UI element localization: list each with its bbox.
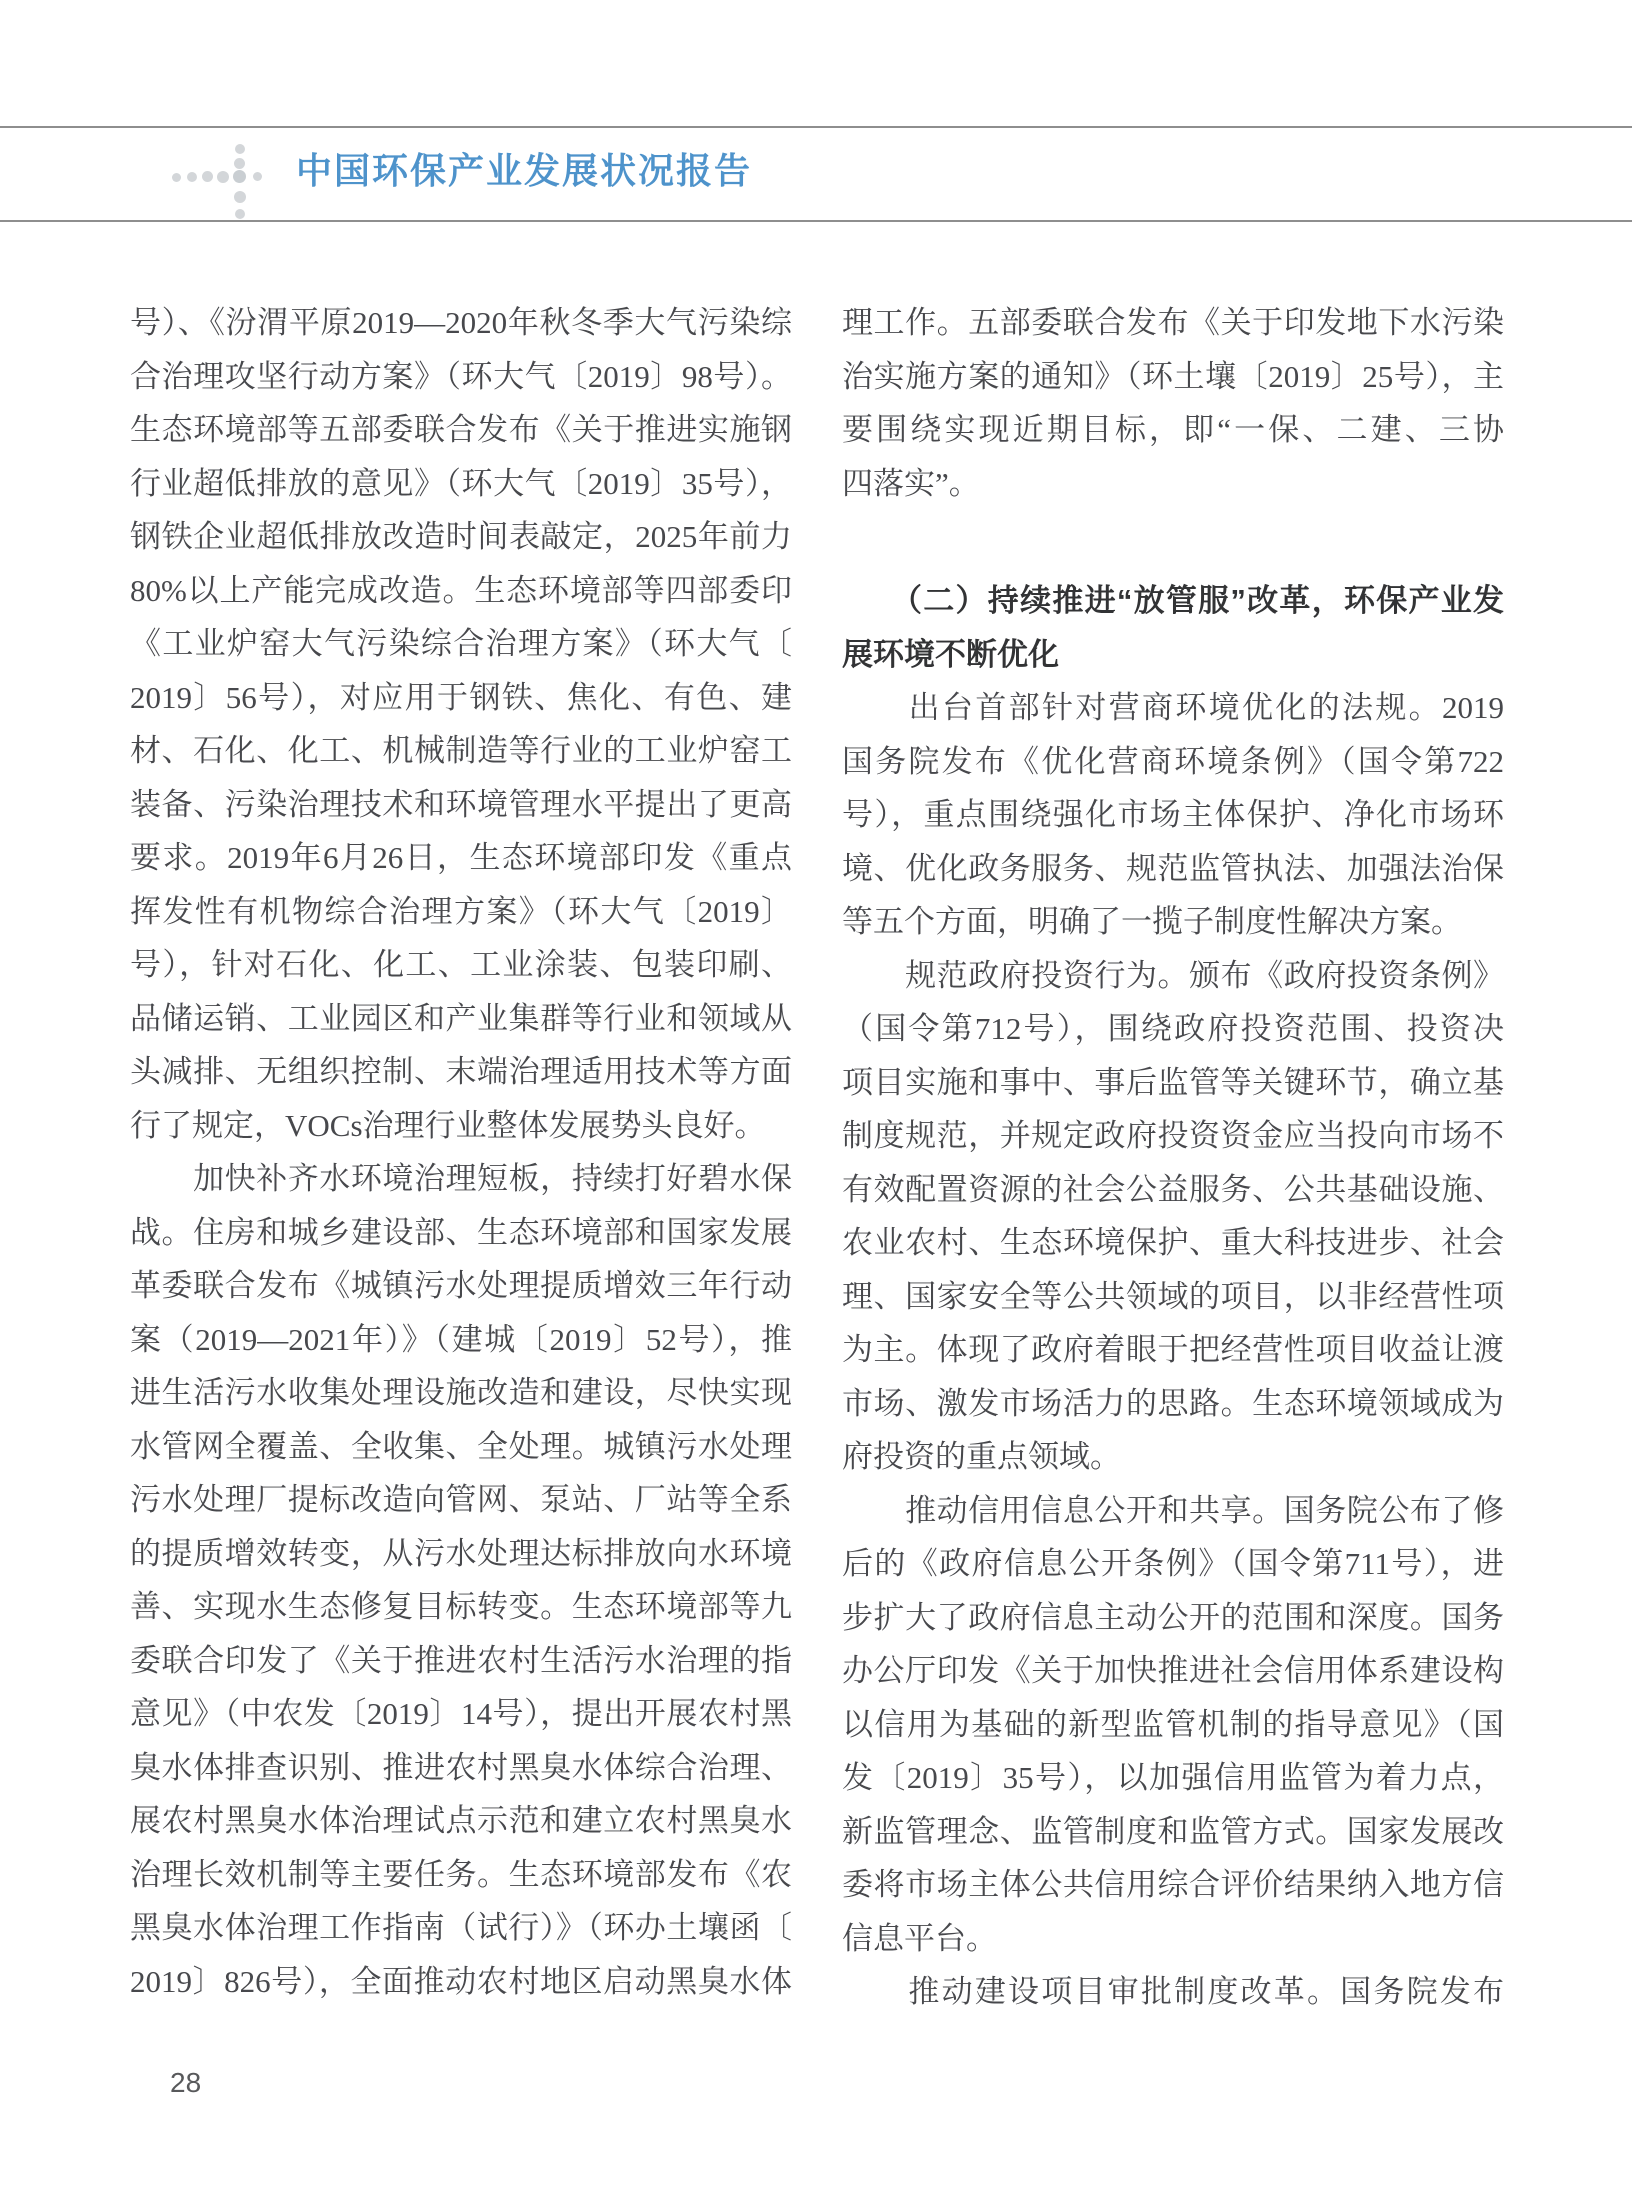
text-line: 治实施方案的通知》（环土壤〔2019〕25号），主 <box>842 350 1504 404</box>
text-line: 材、石化、化工、机械制造等行业的工业炉窑工艺 <box>130 724 792 778</box>
text-line: 委将市场主体公共信用综合评价结果纳入地方信用 <box>842 1858 1504 1912</box>
text-line: 为主。体现了政府着眼于把经营性项目收益让渡给 <box>842 1323 1504 1377</box>
right-text-column: 理工作。五部委联合发布《关于印发地下水污染防治实施方案的通知》（环土壤〔2019… <box>842 296 1504 2019</box>
text-line: 2019〕826号），全面推动农村地区启动黑臭水体治 <box>130 1955 792 2009</box>
text-line: 等五个方面，明确了一揽子制度性解决方案。 <box>842 895 1504 949</box>
text-line: 意见》（中农发〔2019〕14号），提出开展农村黑 <box>130 1687 792 1741</box>
text-line: 号），重点围绕强化市场主体保护、净化市场环 <box>842 788 1504 842</box>
text-line: 要围绕实现近期目标，即“一保、二建、三协同、 <box>842 403 1504 457</box>
text-line: 后的《政府信息公开条例》（国令第711号），进一 <box>842 1537 1504 1591</box>
text-line: 战。住房和城乡建设部、生态环境部和国家发展改 <box>130 1206 792 1260</box>
text-line: 展农村黑臭水体治理试点示范和建立农村黑臭水体 <box>130 1794 792 1848</box>
dots-plus-logo-icon <box>160 130 280 230</box>
report-header-title: 中国环保产业发展状况报告 <box>296 149 752 193</box>
left-text-column: 号）、《汾渭平原2019—2020年秋冬季大气污染综合治理攻坚行动方案》（环大气… <box>130 296 792 2008</box>
header-top-rule <box>0 126 1632 128</box>
heading-line: （二）持续推进“放管服”改革，环保产业发 <box>842 574 1504 628</box>
text-line: 有效配置资源的社会公益服务、公共基础设施、 <box>842 1163 1504 1217</box>
report-page: 中国环保产业发展状况报告 号）、《汾渭平原2019—2020年秋冬季大气污染综合… <box>0 0 1632 2199</box>
text-line: 黑臭水体治理工作指南（试行）》（环办土壤函〔 <box>130 1901 792 1955</box>
text-line: 生态环境部等五部委联合发布《关于推进实施钢铁 <box>130 403 792 457</box>
text-line: 的提质增效转变，从污水处理达标排放向水环境改 <box>130 1527 792 1581</box>
heading-line: 展环境不断优化 <box>842 628 1504 682</box>
text-line: 挥发性有机物综合治理方案》（环大气〔2019〕53 <box>130 885 792 939</box>
text-line: 理工作。五部委联合发布《关于印发地下水污染防 <box>842 296 1504 350</box>
text-line: 行了规定，VOCs治理行业整体发展势头良好。 <box>130 1099 792 1153</box>
text-line: 委联合印发了《关于推进农村生活污水治理的指导 <box>130 1634 792 1688</box>
text-line: 四落实”。 <box>842 457 1504 511</box>
text-line: 规范政府投资行为。颁布《政府投资条例》 <box>842 949 1504 1003</box>
page-number: 28 <box>170 2066 201 2100</box>
text-line: （国令第712号），围绕政府投资范围、投资决策、 <box>842 1002 1504 1056</box>
text-line: 进生活污水收集处理设施改造和建设，尽快实现污 <box>130 1366 792 1420</box>
text-line: 推动信用信息公开和共享。国务院公布了修订 <box>842 1484 1504 1538</box>
text-line: 80%以上产能完成改造。生态环境部等四部委印发 <box>130 564 792 618</box>
text-line: 号），针对石化、化工、工业涂装、包装印刷、油 <box>130 938 792 992</box>
text-line: 境、优化政务服务、规范监管执法、加强法治保障 <box>842 842 1504 896</box>
text-line: 革委联合发布《城镇污水处理提质增效三年行动方 <box>130 1259 792 1313</box>
text-line: 《工业炉窑大气污染综合治理方案》（环大气〔 <box>130 617 792 671</box>
text-line: 加快补齐水环境治理短板，持续打好碧水保卫 <box>130 1152 792 1206</box>
text-line: 臭水体排查识别、推进农村黑臭水体综合治理、开 <box>130 1741 792 1795</box>
text-line: 项目实施和事中、事后监管等关键环节，确立基本 <box>842 1056 1504 1110</box>
text-line: 行业超低排放的意见》（环大气〔2019〕35号）， <box>130 457 792 511</box>
text-line: 理、国家安全等公共领域的项目，以非经营性项目 <box>842 1270 1504 1324</box>
text-line: 府投资的重点领域。 <box>842 1430 1504 1484</box>
text-line: 案（2019—2021年）》（建城〔2019〕52号），推 <box>130 1313 792 1367</box>
section-heading: （二）持续推进“放管服”改革，环保产业发展环境不断优化 <box>842 574 1504 681</box>
text-line: 头减排、无组织控制、末端治理适用技术等方面进 <box>130 1045 792 1099</box>
text-line: 善、实现水生态修复目标转变。生态环境部等九部 <box>130 1580 792 1634</box>
text-line: 步扩大了政府信息主动公开的范围和深度。国务院 <box>842 1591 1504 1645</box>
text-line: 出台首部针对营商环境优化的法规。2019年， <box>842 681 1504 735</box>
text-line: 以信用为基础的新型监管机制的指导意见》（国办 <box>842 1698 1504 1752</box>
text-line: 品储运销、工业园区和产业集群等行业和领域从源 <box>130 992 792 1046</box>
text-line: 市场、激发市场活力的思路。生态环境领域成为政 <box>842 1377 1504 1431</box>
text-line: 2019〕56号），对应用于钢铁、焦化、有色、建 <box>130 671 792 725</box>
text-line: 推动建设项目审批制度改革。国务院发布《关 <box>842 1965 1504 2019</box>
text-line: 号）、《汾渭平原2019—2020年秋冬季大气污染综 <box>130 296 792 350</box>
text-line: 信息平台。 <box>842 1912 1504 1966</box>
text-line: 要求。2019年6月26日，生态环境部印发《重点行业 <box>130 831 792 885</box>
text-line: 农业农村、生态环境保护、重大科技进步、社会管 <box>842 1216 1504 1270</box>
text-line: 国务院发布《优化营商环境条例》（国令第722 <box>842 735 1504 789</box>
text-line: 钢铁企业超低排放改造时间表敲定，2025年前力争 <box>130 510 792 564</box>
text-line: 水管网全覆盖、全收集、全处理。城镇污水处理由 <box>130 1420 792 1474</box>
text-line: 新监管理念、监管制度和监管方式。国家发展改革 <box>842 1805 1504 1859</box>
text-line: 装备、污染治理技术和环境管理水平提出了更高的 <box>130 778 792 832</box>
text-line: 发〔2019〕35号），以加强信用监管为着力点，创 <box>842 1751 1504 1805</box>
text-line: 污水处理厂提标改造向管网、泵站、厂站等全系统 <box>130 1473 792 1527</box>
text-line: 制度规范，并规定政府投资资金应当投向市场不能 <box>842 1109 1504 1163</box>
text-line: 合治理攻坚行动方案》（环大气〔2019〕98号）。 <box>130 350 792 404</box>
text-line: 办公厅印发《关于加快推进社会信用体系建设构建 <box>842 1644 1504 1698</box>
text-line: 治理长效机制等主要任务。生态环境部发布《农村 <box>130 1848 792 1902</box>
